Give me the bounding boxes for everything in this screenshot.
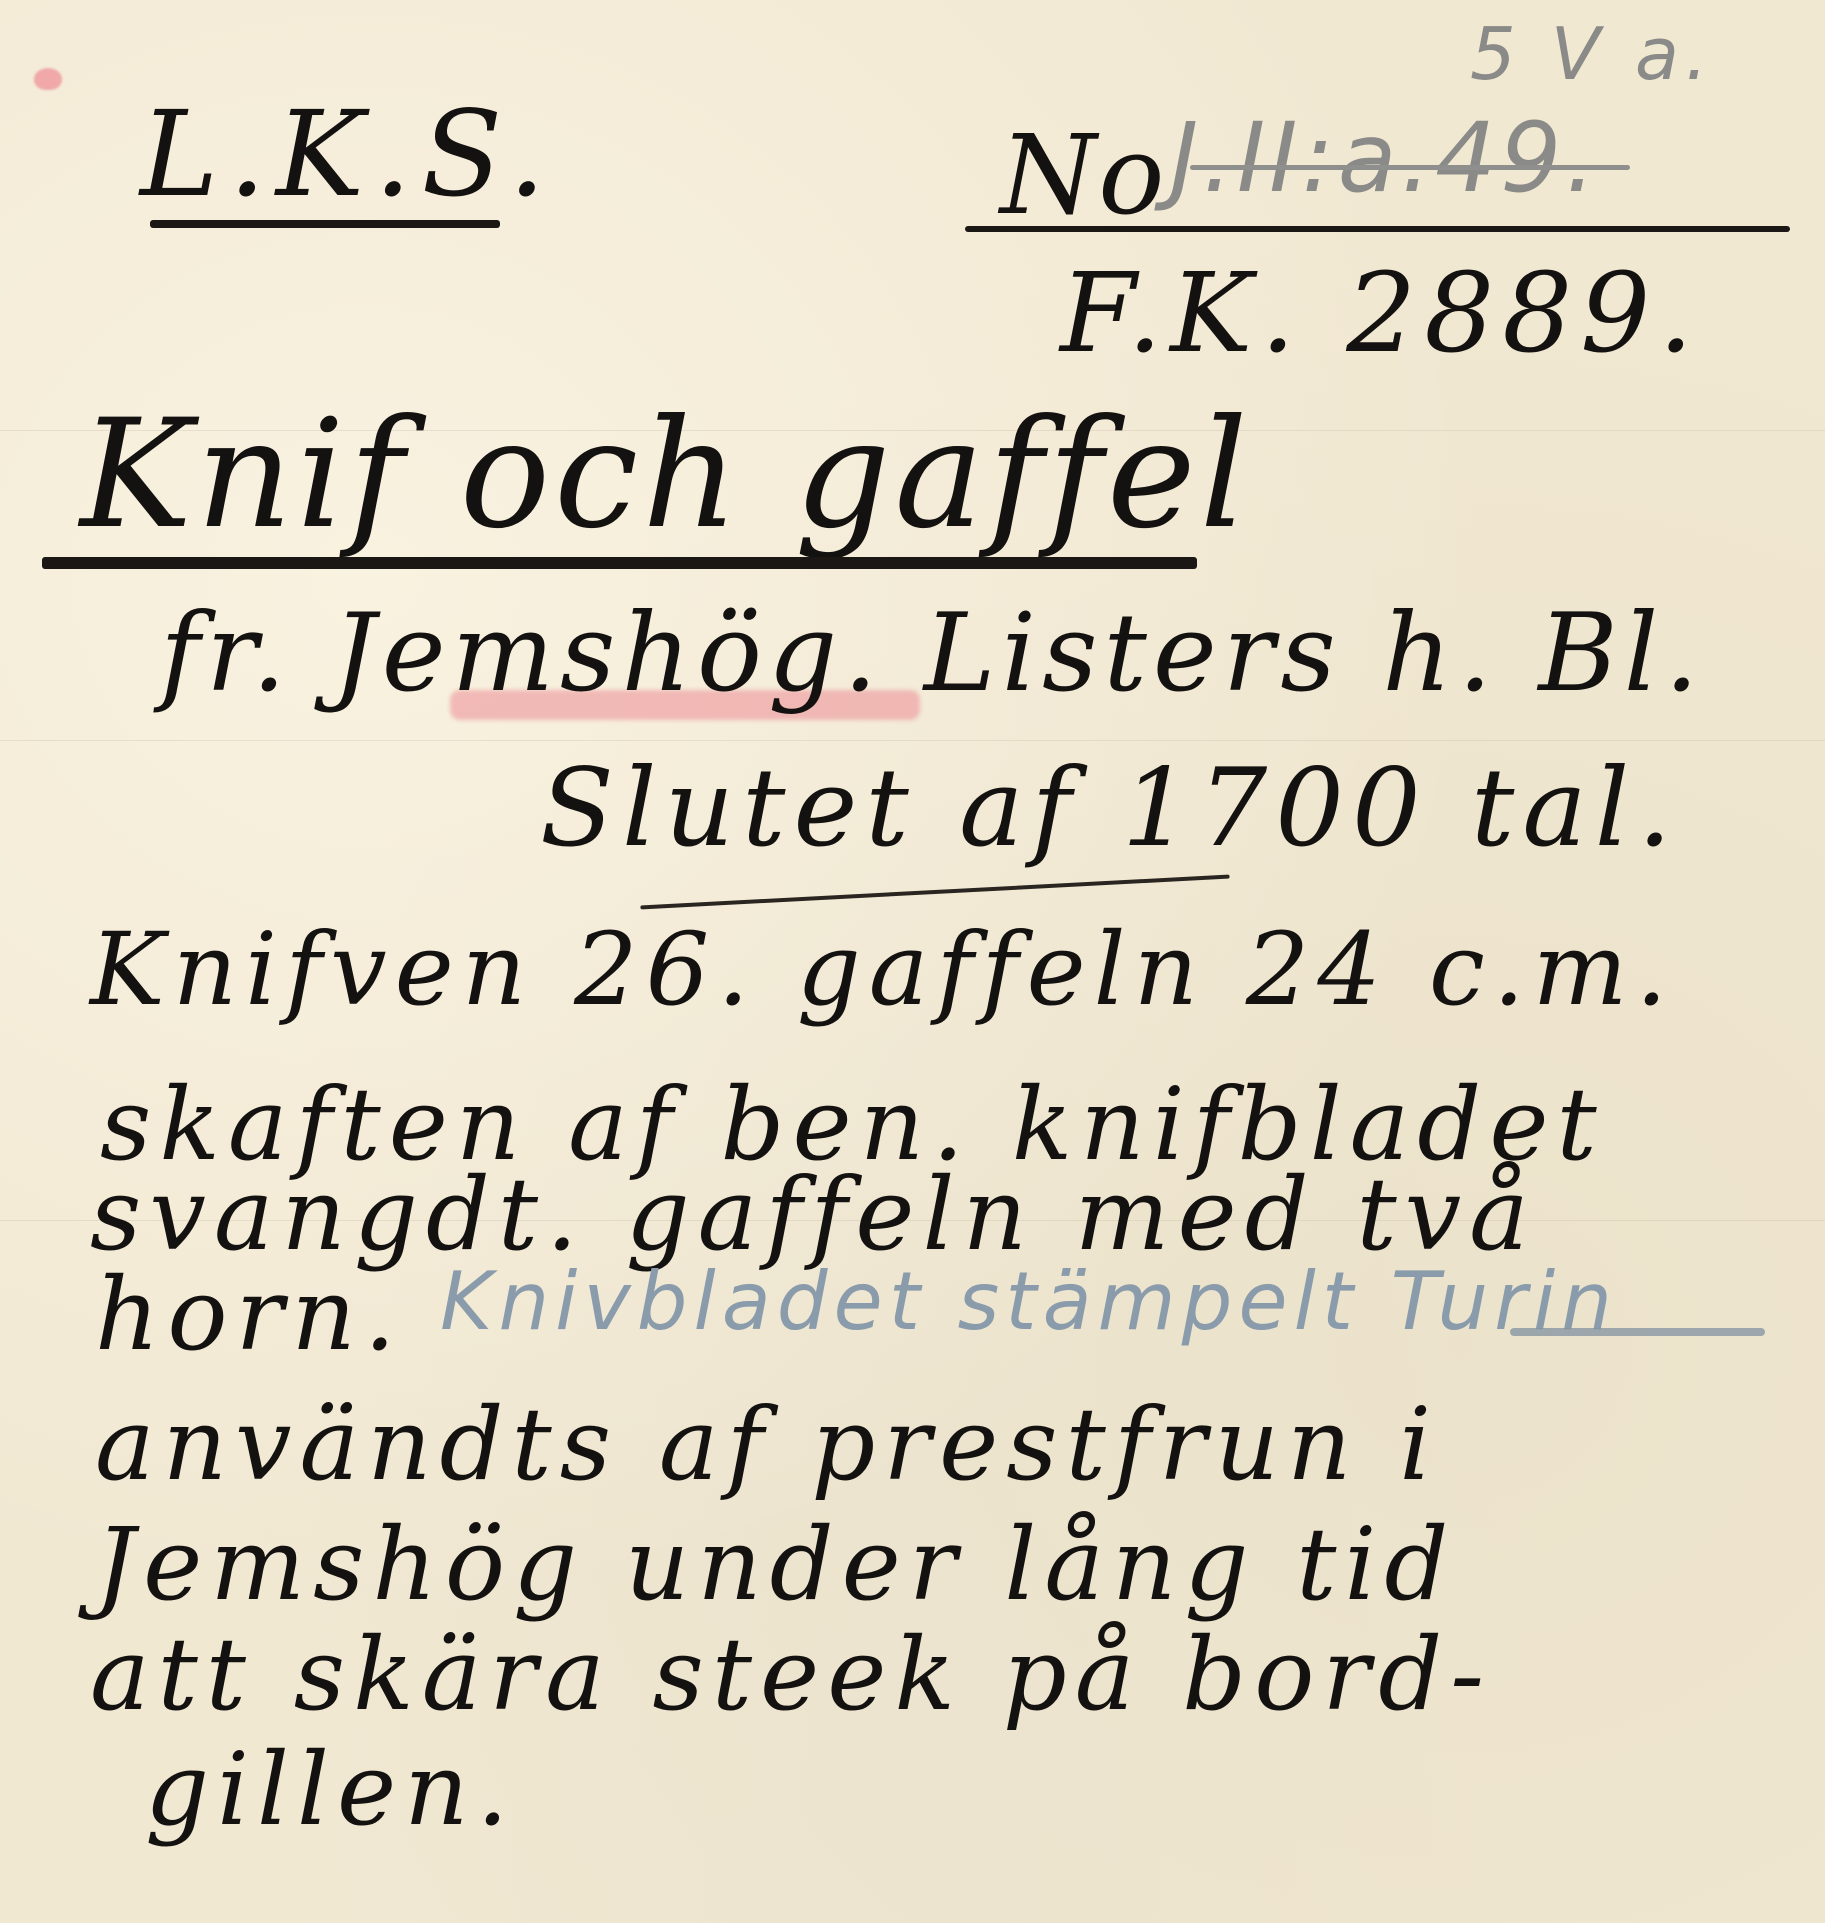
description-line: Jemshög under lång tid [95, 1515, 1456, 1615]
number-label: No [1000, 120, 1166, 230]
date-underline [640, 875, 1229, 910]
provenance-line: fr. Jemshög. Listers h. Bl. [160, 600, 1705, 708]
pencil-shelf-mark: 5 V a. [1470, 18, 1714, 90]
red-crayon-mark [34, 68, 62, 90]
old-number: J.II:a.49. [1170, 110, 1600, 206]
description-line: Knifven 26. gaffeln 24 c.m. [90, 920, 1675, 1020]
blue-pencil-underline [1510, 1328, 1765, 1336]
description-line: att skära steek på bord- [90, 1625, 1492, 1725]
old-number-strikethrough [1190, 165, 1630, 170]
object-title: Knif och gaffel [80, 400, 1252, 550]
title-underline [42, 557, 1197, 569]
collection-mark-underline [150, 220, 500, 228]
collection-mark: L.K.S. [140, 95, 556, 213]
number-underline [965, 226, 1790, 232]
date-line: Slutet af 1700 tal. [540, 755, 1680, 863]
description-line: svangdt. gaffeln med två [90, 1165, 1537, 1265]
description-line: gillen. [145, 1740, 516, 1840]
paper-rule [0, 740, 1825, 741]
description-line: användts af prestfrun i [95, 1395, 1439, 1495]
catalogue-number: F.K. 2889. [1060, 258, 1701, 368]
description-line: horn. [95, 1265, 404, 1365]
blue-pencil-note: Knivbladet stämpelt Turin [440, 1262, 1618, 1342]
catalogue-card: L.K.S. 5 V a. No J.II:a.49. F.K. 2889. K… [0, 0, 1825, 1923]
